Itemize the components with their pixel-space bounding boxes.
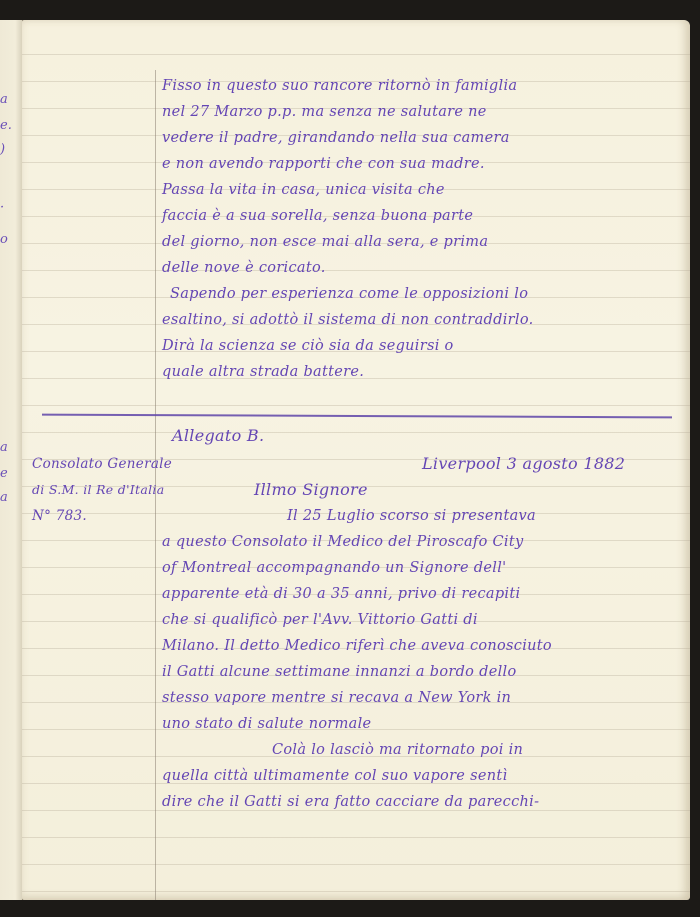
prev-page-fragment: a	[0, 490, 8, 505]
text-line: nel 27 Marzo p.p. ma senza ne salutare n…	[162, 104, 487, 120]
text-line: uno stato di salute normale	[162, 716, 371, 732]
text-line: delle nove è coricato.	[162, 260, 326, 276]
prev-page-fragment: a	[0, 440, 8, 455]
prev-page-fragment: o	[0, 232, 8, 247]
text-line: Fisso in questo suo rancore ritornò in f…	[162, 78, 517, 94]
consulate-header-line: Consolato Generale	[32, 456, 172, 472]
text-line: a questo Consolato il Medico del Pirosca…	[162, 534, 523, 550]
protocol-number: N° 783.	[32, 508, 87, 524]
text-line: vedere il padre, girandando nella sua ca…	[162, 130, 510, 146]
prev-page-fragment: a	[0, 92, 8, 107]
prev-page-fragment: e.	[0, 118, 12, 133]
text-line: Passa la vita in casa, unica visita che	[162, 182, 445, 198]
text-line: Colà lo lasciò ma ritornato poi in	[272, 742, 523, 758]
text-line: il Gatti alcune settimane innanzi a bord…	[162, 664, 517, 680]
previous-page-edge: a e. ) · o a e a	[0, 20, 23, 900]
text-line: che si qualificò per l'Avv. Vittorio Gat…	[162, 612, 478, 628]
text-line: apparente età di 30 a 35 anni, privo di …	[162, 586, 520, 602]
text-line: of Montreal accompagnando un Signore del…	[162, 560, 506, 576]
text-line: Milano. Il detto Medico riferì che aveva…	[162, 638, 552, 654]
manuscript-page: Fisso in questo suo rancore ritornò in f…	[22, 20, 690, 900]
consulate-header-line: di S.M. il Re d'Italia	[32, 482, 164, 497]
text-line: quella città ultimamente col suo vapore …	[162, 768, 507, 784]
salutation: Illmo Signore	[254, 480, 368, 499]
prev-page-fragment: )	[0, 142, 5, 157]
text-line: Dirà la scienza se ciò sia da seguirsi o	[162, 338, 454, 354]
text-line: stesso vapore mentre si recava a New Yor…	[162, 690, 511, 706]
text-line: quale altra strada battere.	[162, 364, 364, 380]
text-line: esaltino, si adottò il sistema di non co…	[162, 312, 534, 328]
attachment-title: Allegato B.	[172, 426, 264, 445]
text-line: Sapendo per esperienza come le opposizio…	[170, 286, 528, 302]
text-line: Il 25 Luglio scorso si presentava	[287, 508, 536, 524]
text-line: faccia è a sua sorella, senza buona part…	[162, 208, 473, 224]
text-line: del giorno, non esce mai alla sera, e pr…	[162, 234, 488, 250]
text-line: dire che il Gatti si era fatto cacciare …	[162, 794, 539, 810]
text-line: e non avendo rapporti che con sua madre.	[162, 156, 485, 172]
place-date: Liverpool 3 agosto 1882	[422, 454, 625, 473]
prev-page-fragment: ·	[0, 200, 4, 215]
prev-page-fragment: e	[0, 466, 8, 481]
